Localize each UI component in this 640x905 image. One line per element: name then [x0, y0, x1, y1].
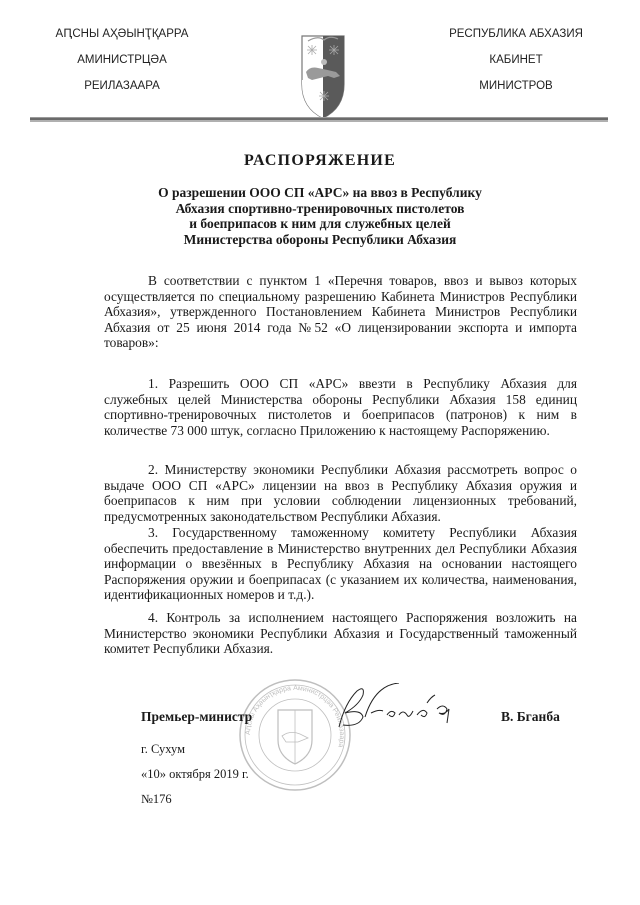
subject-line-4: Министерства обороны Республики Абхазия	[120, 232, 520, 248]
header-right-line-1: РЕСПУБЛИКА АБХАЗИЯ	[416, 26, 616, 52]
header-divider	[30, 117, 608, 122]
coat-of-arms-icon	[300, 32, 346, 120]
subject-line-2: Абхазия спортивно-тренировочных пистолет…	[120, 201, 520, 217]
handwritten-signature	[335, 683, 485, 733]
item-2-paragraph: 2. Министерству экономики Республики Абх…	[104, 462, 577, 524]
document-number: №176	[141, 792, 172, 807]
subject-line-3: и боеприпасов к ним для служебных целей	[120, 216, 520, 232]
item-3-paragraph: 3. Государственному таможенному комитету…	[104, 525, 577, 603]
subject-line-1: О разрешении ООО СП «АРС» на ввоз в Респ…	[120, 185, 520, 201]
document-type-title: РАСПОРЯЖЕНИЕ	[0, 152, 640, 170]
header-left-line-2: АМИНИСТРЦӘА	[22, 52, 222, 78]
item-4-paragraph: 4. Контроль за исполнением настоящего Ра…	[104, 610, 577, 657]
header-russian-text: РЕСПУБЛИКА АБХАЗИЯ КАБИНЕТ МИНИСТРОВ	[416, 26, 616, 104]
header-left-line-1: АԤСНЫ АҲӘЫНҬҚАРРА	[22, 26, 222, 52]
header-right-line-3: МИНИСТРОВ	[416, 78, 616, 104]
document-subject: О разрешении ООО СП «АРС» на ввоз в Респ…	[120, 185, 520, 247]
header-right-line-2: КАБИНЕТ	[416, 52, 616, 78]
item-1-paragraph: 1. Разрешить ООО СП «АРС» ввезти в Респу…	[104, 376, 577, 438]
issue-place: г. Сухум	[141, 742, 185, 757]
header-abkhaz-text: АԤСНЫ АҲӘЫНҬҚАРРА АМИНИСТРЦӘА РЕИЛАЗААРА	[22, 26, 222, 104]
signatory-name: В. Бганба	[501, 709, 560, 725]
signatory-position: Премьер-министр	[141, 709, 252, 725]
intro-paragraph: В соответствии с пунктом 1 «Перечня това…	[104, 273, 577, 351]
issue-date: «10» октября 2019 г.	[141, 767, 249, 782]
header-left-line-3: РЕИЛАЗААРА	[22, 78, 222, 104]
